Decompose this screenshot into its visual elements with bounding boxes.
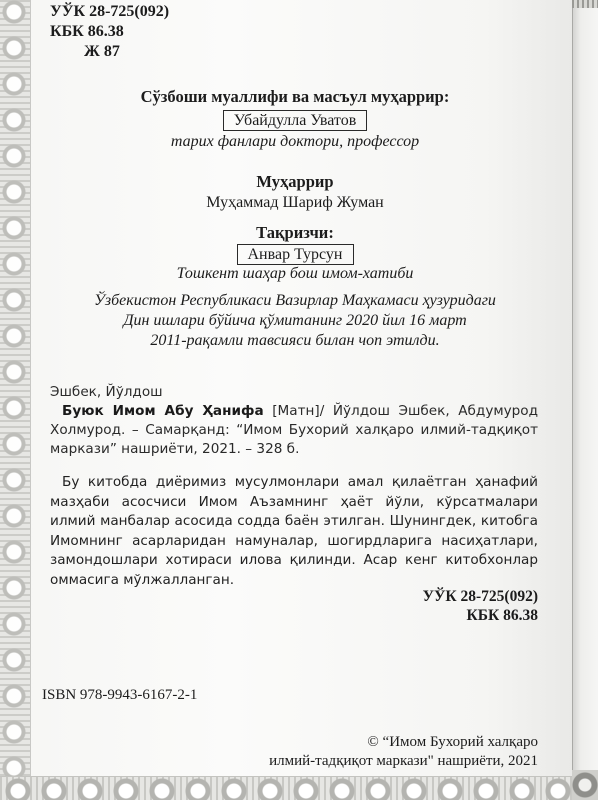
editor-role: Муҳаррир — [40, 172, 550, 192]
ornament-corner-icon — [572, 770, 598, 800]
udk-code-bottom: УЎК 28-725(092) — [423, 587, 538, 606]
foreword-role: Сўзбоши муаллифи ва масъул муҳаррир: — [40, 87, 550, 107]
udk-code: УЎК 28-725(092) — [50, 2, 169, 22]
reviewer-name: Анвар Турсун — [237, 244, 354, 265]
classification-codes-top: УЎК 28-725(092) КБК 86.38 Ж 87 — [50, 2, 169, 62]
kbk-code: КБК 86.38 — [50, 22, 169, 42]
ornament-border-top-edge — [572, 0, 598, 8]
reviewer-credit: Тақризчи: Анвар Турсун Тошкент шаҳар бош… — [40, 223, 550, 283]
reviewer-title: Тошкент шаҳар бош имом-хатиби — [40, 265, 550, 283]
foreword-title: тарих фанлари доктори, профессор — [40, 133, 550, 151]
book-title: Буюк Имом Абу Ҳанифа — [62, 403, 264, 419]
bibliographic-record: Эшбек, Йўлдош Буюк Имом Абу Ҳанифа [Матн… — [50, 383, 538, 459]
reviewer-role: Тақризчи: — [40, 223, 550, 243]
ornament-border-left — [0, 0, 31, 778]
approval-line-1: Ўзбекистон Республикаси Вазирлар Маҳкама… — [40, 291, 550, 311]
approval-line-2: Дин ишлари бўйича қўмитанинг 2020 йил 16… — [40, 311, 550, 331]
editor-credit: Муҳаррир Муҳаммад Шариф Жуман — [40, 172, 550, 212]
classification-codes-bottom: УЎК 28-725(092) КБК 86.38 — [423, 587, 538, 625]
copyright-line-1: © “Имом Бухорий халқаро — [269, 733, 538, 752]
foreword-credit: Сўзбоши муаллифи ва масъул муҳаррир: Уба… — [40, 87, 550, 151]
book-abstract: Бу китобда диёримиз мусулмонлари амал қи… — [50, 473, 538, 590]
copyright-notice: © “Имом Бухорий халқаро илмий-тадқиқот м… — [269, 733, 538, 771]
author-heading: Эшбек, Йўлдош — [50, 383, 538, 402]
editor-name: Муҳаммад Шариф Жуман — [40, 194, 550, 212]
approval-note: Ўзбекистон Республикаси Вазирлар Маҳкама… — [40, 291, 550, 351]
foreword-name: Убайдулла Уватов — [223, 110, 368, 131]
author-mark: Ж 87 — [50, 42, 169, 62]
kbk-code-bottom: КБК 86.38 — [423, 606, 538, 625]
ornament-border-bottom — [0, 776, 572, 800]
adjacent-page-edge — [572, 0, 598, 800]
copyright-line-2: илмий-тадқиқот маркази" нашриёти, 2021 — [269, 752, 538, 771]
approval-line-3: 2011-рақамли тавсияси билан чоп этилди. — [40, 331, 550, 351]
isbn: ISBN 978-9943-6167-2-1 — [42, 687, 197, 704]
